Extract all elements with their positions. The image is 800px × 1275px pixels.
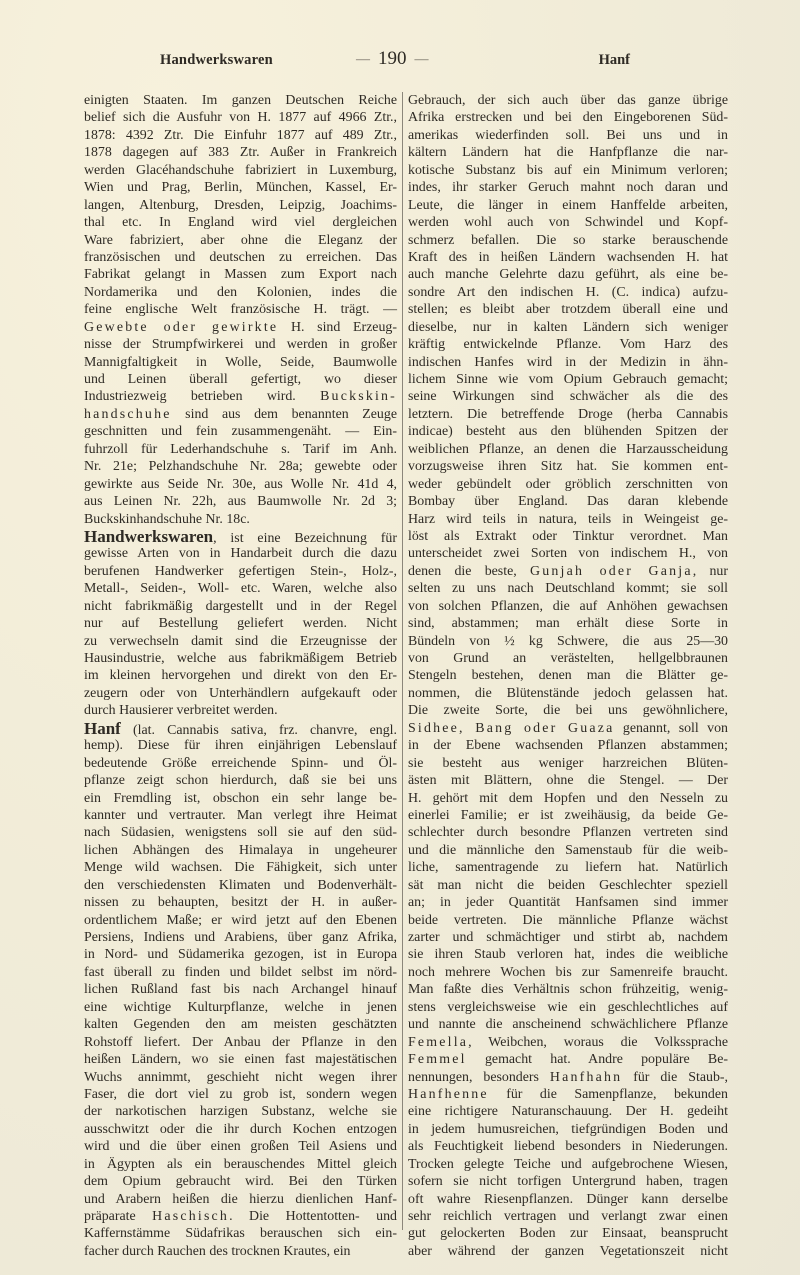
text-line: aus Leinen Nr. 22h, aus Baumwolle Nr. 2d…	[84, 493, 397, 510]
text-line: zarter und schmächtiger und stirbt ab, n…	[408, 929, 728, 946]
headword-hanf: Hanf	[84, 719, 121, 738]
text-line: fast überall zu finden und bildet selbst…	[84, 964, 397, 981]
text-line: bedeutende Größe erreichende Spinn- und …	[84, 755, 397, 772]
text-line: Man faßte dies Verhältnis schon frühzeit…	[408, 981, 728, 998]
text-line: facher durch Rauchen des trocknen Kraute…	[84, 1243, 397, 1260]
text-line: Wuchs annimmt, geschieht nicht wegen ihr…	[84, 1069, 397, 1086]
text-line: Buckskinhandschuhe Nr. 18c.	[84, 511, 397, 528]
text-line: indicae) besteht aus den blühenden Spitz…	[408, 423, 728, 440]
text-line: nisse der Strumpfwirkerei und werden in …	[84, 336, 397, 353]
text-line: dieselbe, nur in kalten Ländern sich wen…	[408, 319, 728, 336]
text-line: werden Glacéhandschuhe fabriziert in Lux…	[84, 162, 397, 179]
text-line: eine wichtige Kulturpflanze, welche in j…	[84, 999, 397, 1016]
text-line: dem Opium gebraucht wird. Bei den Türken	[84, 1173, 397, 1190]
spaced-term: Hanfhenne	[408, 1087, 489, 1102]
text-line: kräftig entwickelnde Pflanze. Vom Harz d…	[408, 336, 728, 353]
text-line: sie ihren Staub verloren hat, indes die …	[408, 946, 728, 963]
text-line: eine richtigere Naturanschauung. Der H. …	[408, 1103, 728, 1120]
text-line: Fabrikat gelangt in Massen zum Export na…	[84, 266, 397, 283]
text-line: Faser, die dort viel zu grob ist, sonder…	[84, 1086, 397, 1103]
text-line: Femmel gemacht hat. Andre populäre Be-	[408, 1051, 728, 1068]
text-line: nur auf Bestellung geliefert werden. Nic…	[84, 615, 397, 632]
page-number-block: —190—	[348, 48, 437, 70]
spaced-term: Femella	[408, 1035, 468, 1050]
text-line: gut gelockerten Boden zur Einsaat, beans…	[408, 1225, 728, 1242]
text-line: sehr reichlich vertragen und verlangt zw…	[408, 1208, 728, 1225]
text-line: letztern. Die betreffende Droge (herba C…	[408, 406, 728, 423]
right-running-head: Hanf	[599, 52, 630, 69]
text-line: lichen Abhängen des Himalaya in ungeheur…	[84, 842, 397, 859]
text-line: zeugern oder von Unterhändlern aufgekauf…	[84, 685, 397, 702]
text-line: in Nord- und Südamerika gezogen, ist in …	[84, 946, 397, 963]
text-line: indischen Hanfes wird in der Medizin in …	[408, 354, 728, 371]
text-line: den verschiedensten Klimaten und Bodenve…	[84, 877, 397, 894]
text-line: an; in jeder Quantität Hanfsamen sind im…	[408, 894, 728, 911]
text-line: denen die beste, Gunjah oder Ganja, nur	[408, 563, 728, 580]
text-line: präparate Haschisch. Die Hottentotten- u…	[84, 1208, 397, 1225]
text-line: sondre Art den indischen H. (C. indica) …	[408, 284, 728, 301]
text-line: von Grund an verästelten, hellgelbbraune…	[408, 650, 728, 667]
text-line: sofern sie nicht torfigen Untergrund hab…	[408, 1173, 728, 1190]
text-line: als Feuchtigkeit liebend besonders in Ni…	[408, 1138, 728, 1155]
right-column: Gebrauch, der sich auch über das ganze ü…	[408, 92, 728, 1260]
text-line: Die zweite Sorte, die bei uns gewöhnlich…	[408, 702, 728, 719]
text-line: handschuhe sind aus dem benannten Zeuge	[84, 406, 397, 423]
text-line: weiblichen Pflanze, an denen die Harzaus…	[408, 441, 728, 458]
text-line: in der Ebene wachsenden Pflanzen abstamm…	[408, 737, 728, 754]
text-line: ausschwitzt oder die ihr durch Kochen en…	[84, 1121, 397, 1138]
text-line: vorzugsweise ihren Sitz hat. Sie kommen …	[408, 458, 728, 475]
text-line: wird und die über einen großen Teil Asie…	[84, 1138, 397, 1155]
text-line: zu verwechseln damit sind die Erzeugniss…	[84, 633, 397, 650]
text-line: Handwerkswaren, ist eine Bezeichnung für	[84, 528, 397, 545]
scanned-page: Handwerkswaren —190— Hanf einigten Staat…	[0, 0, 800, 1275]
text-line: Rohstoff liefert. Der Anbau der Pflanze …	[84, 1034, 397, 1051]
text-line: schlechter durch besondre Pflanzen vertr…	[408, 824, 728, 841]
text-line: geschnitten und fein zusammengenäht. — E…	[84, 423, 397, 440]
spaced-term: Buckskin-	[320, 389, 397, 404]
text-line: langen, Altenburg, Dresden, Leipzig, Joa…	[84, 197, 397, 214]
left-running-head: Handwerkswaren	[160, 52, 273, 69]
text-line: einerlei Familie; er ist zweihäusig, da …	[408, 807, 728, 824]
spaced-term: handschuhe	[84, 407, 172, 422]
text-line: Ware fabriziert, aber ohne die Eleganz d…	[84, 232, 397, 249]
text-line: in Ägypten als ein berauschendes Mittel …	[84, 1156, 397, 1173]
text-line: oft wahre Riesenpflanzen. Dünger kann de…	[408, 1191, 728, 1208]
text-line: Gewebte oder gewirkte H. sind Erzeug-	[84, 319, 397, 336]
text-line: löst als Extrakt oder Tinktur verordnet.…	[408, 528, 728, 545]
text-line: gewirkte aus Seide Nr. 30e, aus Wolle Nr…	[84, 476, 397, 493]
text-line: Leute, die länger in einem Hanffelde arb…	[408, 197, 728, 214]
text-line: nissen zu behaupten, besitzt der H. in a…	[84, 894, 397, 911]
text-line: pflanze zeigt schon hierdurch, daß sie b…	[84, 772, 397, 789]
text-line: und nannte die anscheinend schwächlicher…	[408, 1016, 728, 1033]
text-line: ordentlichem Maße; er wird jetzt auf den…	[84, 912, 397, 929]
text-line: liche, samentragende zu liefern hat. Nat…	[408, 859, 728, 876]
text-line: nommen, die Blütenstände jedoch gelassen…	[408, 685, 728, 702]
text-line: kotische Substanz bis auf ein Minimum ve…	[408, 162, 728, 179]
text-line: und Arabern heißen die hierzu dienlichen…	[84, 1191, 397, 1208]
text-line: Persiens, Indiens und Arabiens, über gan…	[84, 929, 397, 946]
text-line: Bombay über England. Das daran klebende	[408, 493, 728, 510]
page-number: 190	[378, 48, 407, 69]
text-line: Femella, Weibchen, woraus die Volkssprac…	[408, 1034, 728, 1051]
spaced-term: Gunjah oder Ganja	[530, 564, 693, 579]
text-line: Nr. 21e; Pelzhandschuhe Nr. 28a; gewebte…	[84, 458, 397, 475]
text-line: noch mehrere Wochen bis zur Samenreife b…	[408, 964, 728, 981]
running-header: Handwerkswaren —190— Hanf	[160, 48, 630, 72]
text-line: sind, abstammen; man erhält diese Sorte …	[408, 615, 728, 632]
text-line: lichen Rußland fast bis nach Archangel h…	[84, 981, 397, 998]
text-line: belief sich die Ausfuhr von H. 1877 auf …	[84, 109, 397, 126]
text-line: Nordamerika und den Kolonien, indes die	[84, 284, 397, 301]
text-line: kältern Ländern hat die Hanfpflanze die …	[408, 144, 728, 161]
text-line: Stengeln bestehen, denen man die Blätter…	[408, 667, 728, 684]
text-line: französischen und deutschen zu erreichen…	[84, 249, 397, 266]
text-line: Sidhee, Bang oder Guaza genannt, soll vo…	[408, 720, 728, 737]
text-line: von solchen Pflanzen, die auf Anhöhen ge…	[408, 598, 728, 615]
text-line: stellen; es bleibt aber trotzdem überall…	[408, 301, 728, 318]
text-line: Metall-, Seiden-, Woll- etc. Waren, welc…	[84, 580, 397, 597]
text-line: durch Hausierer verbreitet werden.	[84, 702, 397, 719]
left-column: einigten Staaten. Im ganzen Deutschen Re…	[84, 92, 397, 1260]
text-line: Afrika erstrecken und bei den Eingeboren…	[408, 109, 728, 126]
text-line: fuhrzoll für Lederhandschuhe s. Tarif im…	[84, 441, 397, 458]
text-line: H. gehört mit dem Hopfen und den Nesseln…	[408, 790, 728, 807]
text-line: nennungen, besonders Hanfhahn für die St…	[408, 1069, 728, 1086]
text-line: Hausindustrie, welche aus fabrikmäßigem …	[84, 650, 397, 667]
text-line: nach Südasien, wenigstens soll sie auf d…	[84, 824, 397, 841]
text-line: kalten Gegenden den am meisten geschätzt…	[84, 1016, 397, 1033]
text-line: Gebrauch, der sich auch über das ganze ü…	[408, 92, 728, 109]
text-line: ein Fremdling ist, obschon ein sehr lang…	[84, 790, 397, 807]
text-line: Industriezweig betrieben wird. Buckskin-	[84, 388, 397, 405]
text-line: unterscheidet zwei Sorten von indischem …	[408, 545, 728, 562]
text-line: sät man nicht die beiden Geschlechter sp…	[408, 877, 728, 894]
text-line: aber während der ganzen Vegetationszeit …	[408, 1243, 728, 1260]
spaced-term: Femmel	[408, 1052, 467, 1067]
text-line: 1878 dagegen auf 383 Ztr. Außer in Frank…	[84, 144, 397, 161]
text-line: beide vertreten. Die männliche Pflanze w…	[408, 912, 728, 929]
dash: —	[356, 52, 370, 67]
spaced-term: Gewebte oder gewirkte	[84, 320, 278, 335]
text-line: heißen Ländern, wo sie einen fast majest…	[84, 1051, 397, 1068]
text-line: Wien und Prag, Berlin, München, Kassel, …	[84, 179, 397, 196]
text-line: Harz wird teils in natura, teils in Wein…	[408, 511, 728, 528]
text-line: Hanfhenne für die Samenpflanze, bekunden	[408, 1086, 728, 1103]
headword-handwerkswaren: Handwerkswaren	[84, 527, 213, 546]
text-line: Hanf (lat. Cannabis sativa, frz. chanvre…	[84, 720, 397, 737]
text-line: Menge wild wachsen. Die Fähigkeit, sich …	[84, 859, 397, 876]
text-line: seine Wirkungen sind schwächer als die d…	[408, 388, 728, 405]
text-line: Bündeln von ½ kg Schwere, die aus 25—30	[408, 633, 728, 650]
text-line: der narkotischen harzigen Substanz, welc…	[84, 1103, 397, 1120]
text-line: ästen mit Blättern, ohne die Stengel. — …	[408, 772, 728, 789]
text-line: sie besteht aus weniger harzreichen Blüt…	[408, 755, 728, 772]
text-line: stens vergleichsweise wie ein geschlecht…	[408, 999, 728, 1016]
text-line: 1878: 4392 Ztr. Die Einfuhr 1877 auf 489…	[84, 127, 397, 144]
text-line: Kraft des in heißen Ländern wachsenden H…	[408, 249, 728, 266]
text-line: Trocken gelegte Teiche und aufgebrochene…	[408, 1156, 728, 1173]
spaced-term: Haschisch	[152, 1209, 229, 1224]
spaced-term: Hanfhahn	[550, 1070, 622, 1085]
dash: —	[415, 52, 429, 67]
column-divider	[402, 92, 403, 1230]
text-line: werden wohl auch von Schwindel und Kopf-	[408, 214, 728, 231]
text-line: und die männliche den Samenstaub für die…	[408, 842, 728, 859]
text-line: thal etc. In England wird viel dergleich…	[84, 214, 397, 231]
text-line: lichem Sinne wie vom Opium Gebrauch gema…	[408, 371, 728, 388]
text-line: Mannigfaltigkeit in Wolle, Seide, Baumwo…	[84, 354, 397, 371]
text-line: weder gebündelt oder gröblich zerschnitt…	[408, 476, 728, 493]
text-line: gewisse Arten von in Handarbeit durch di…	[84, 545, 397, 562]
text-line: Kaffernstämme Südafrikas berauschen sich…	[84, 1225, 397, 1242]
text-line: feine englische Welt französische H. trä…	[84, 301, 397, 318]
text-line: auch manche Gelehrte dazu geführt, als e…	[408, 266, 728, 283]
text-line: hemp). Diese für ihren einjährigen Leben…	[84, 737, 397, 754]
text-line: nicht fabrikmäßig dargestellt und in der…	[84, 598, 397, 615]
text-line: einigten Staaten. Im ganzen Deutschen Re…	[84, 92, 397, 109]
text-line: kannter und vertrauter. Man verlegt ihre…	[84, 807, 397, 824]
text-line: in jedem humusreichen, tiefgründigen Bod…	[408, 1121, 728, 1138]
text-line: im kleinen hervorgehen und direkt von de…	[84, 667, 397, 684]
text-line: berufenen Handwerker gefertigen Stein-, …	[84, 563, 397, 580]
text-line: schmerz befallen. Die so starke berausch…	[408, 232, 728, 249]
text-line: indes, ihr starker Geruch mahnt noch dar…	[408, 179, 728, 196]
text-line: und Leinen überall gefertigt, wo dieser	[84, 371, 397, 388]
text-line: amerikas wiederfinden soll. Bei uns und …	[408, 127, 728, 144]
spaced-term: Sidhee, Bang oder Guaza	[408, 721, 615, 736]
text-line: selten zu uns nach Deutschland kommt; si…	[408, 580, 728, 597]
